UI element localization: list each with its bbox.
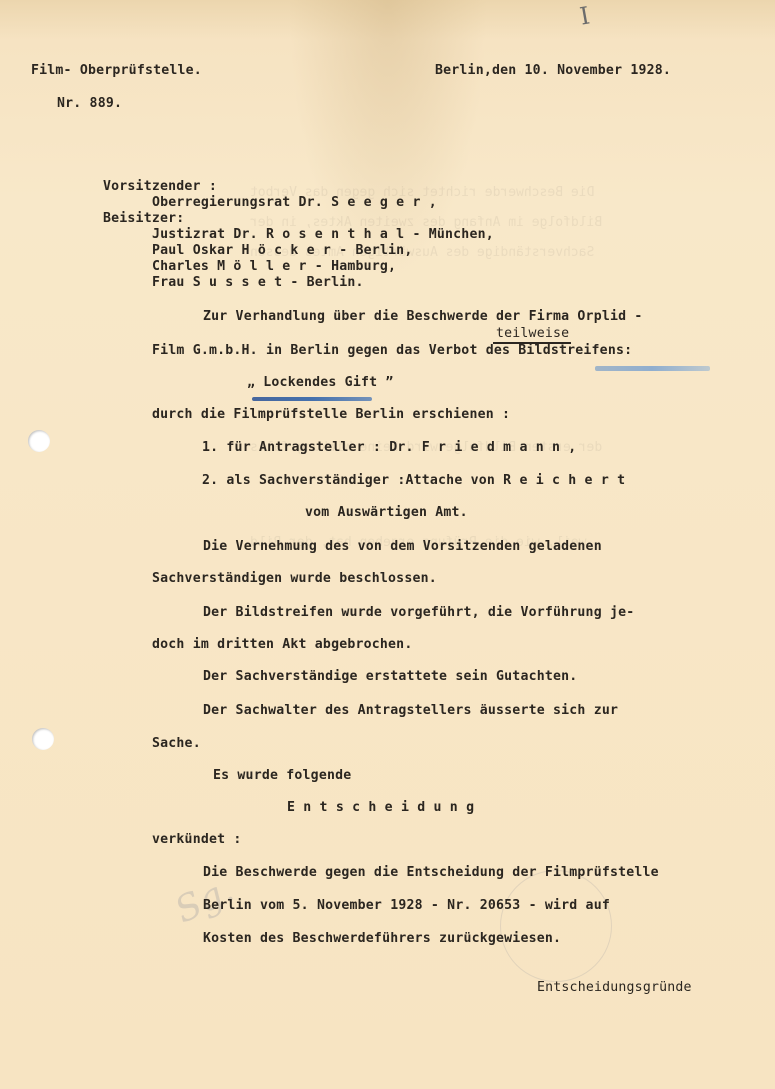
blue-pencil-mark	[595, 366, 710, 371]
punch-hole	[32, 728, 54, 750]
ruling-line: Kosten des Beschwerdeführers zurückgewie…	[203, 931, 561, 947]
assessor: Charles M ö l l e r - Hamburg,	[152, 259, 396, 275]
paragraph-4-line-2: Sache.	[152, 736, 201, 752]
paragraph-3: Der Sachverständige erstattete sein Guta…	[203, 669, 577, 685]
blue-pencil-underline	[252, 397, 372, 401]
assessors-label: Beisitzer:	[103, 211, 184, 227]
paragraph-1-line-2: Sachverständigen wurde beschlossen.	[152, 571, 437, 587]
official-stamp	[500, 870, 612, 982]
paragraph-2-line-2: doch im dritten Akt abgebrochen.	[152, 637, 412, 653]
chair-name: Oberregierungsrat Dr. S e e g e r ,	[152, 195, 437, 211]
ruling-line: Berlin vom 5. November 1928 - Nr. 20653 …	[203, 898, 610, 914]
decision-heading: E n t s c h e i d u n g	[287, 800, 474, 816]
paragraph-1-line-1: Die Vernehmung des von dem Vorsitzenden …	[203, 539, 602, 555]
next-section-heading: Entscheidungsgründe	[537, 980, 692, 996]
party-1: 1. für Antragsteller : Dr. F r i e d m a…	[202, 440, 576, 456]
paragraph-5: Es wurde folgende	[213, 768, 351, 784]
document-number: Nr. 889.	[57, 96, 122, 112]
assessor: Justizrat Dr. R o s e n t h a l - Münche…	[152, 227, 494, 243]
handwritten-insertion: teilweise	[496, 326, 569, 342]
office-name: Film- Oberprüfstelle.	[31, 63, 202, 79]
paragraph-4-line-1: Der Sachwalter des Antragstellers äusser…	[203, 703, 618, 719]
intro-line-2: Film G.m.b.H. in Berlin gegen das Verbot…	[152, 343, 632, 359]
place-date: Berlin,den 10. November 1928.	[435, 63, 671, 79]
intro-line-1: Zur Verhandlung über die Beschwerde der …	[203, 309, 643, 325]
announced-line: verkündet :	[152, 832, 242, 848]
ruling-line: Die Beschwerde gegen die Entscheidung de…	[203, 865, 659, 881]
paragraph-2-line-1: Der Bildstreifen wurde vorgeführt, die V…	[203, 605, 634, 621]
assessor: Paul Oskar H ö c k e r - Berlin,	[152, 243, 412, 259]
appeared-line: durch die Filmprüfstelle Berlin erschien…	[152, 407, 510, 423]
party-2-affiliation: vom Auswärtigen Amt.	[305, 505, 468, 521]
punch-hole	[28, 430, 50, 452]
film-title: „ Lockendes Gift ”	[247, 375, 394, 391]
assessor: Frau S u s s e t - Berlin.	[152, 275, 364, 291]
party-2: 2. als Sachverständiger :Attache von R e…	[202, 473, 625, 489]
chair-label: Vorsitzender :	[103, 179, 217, 195]
